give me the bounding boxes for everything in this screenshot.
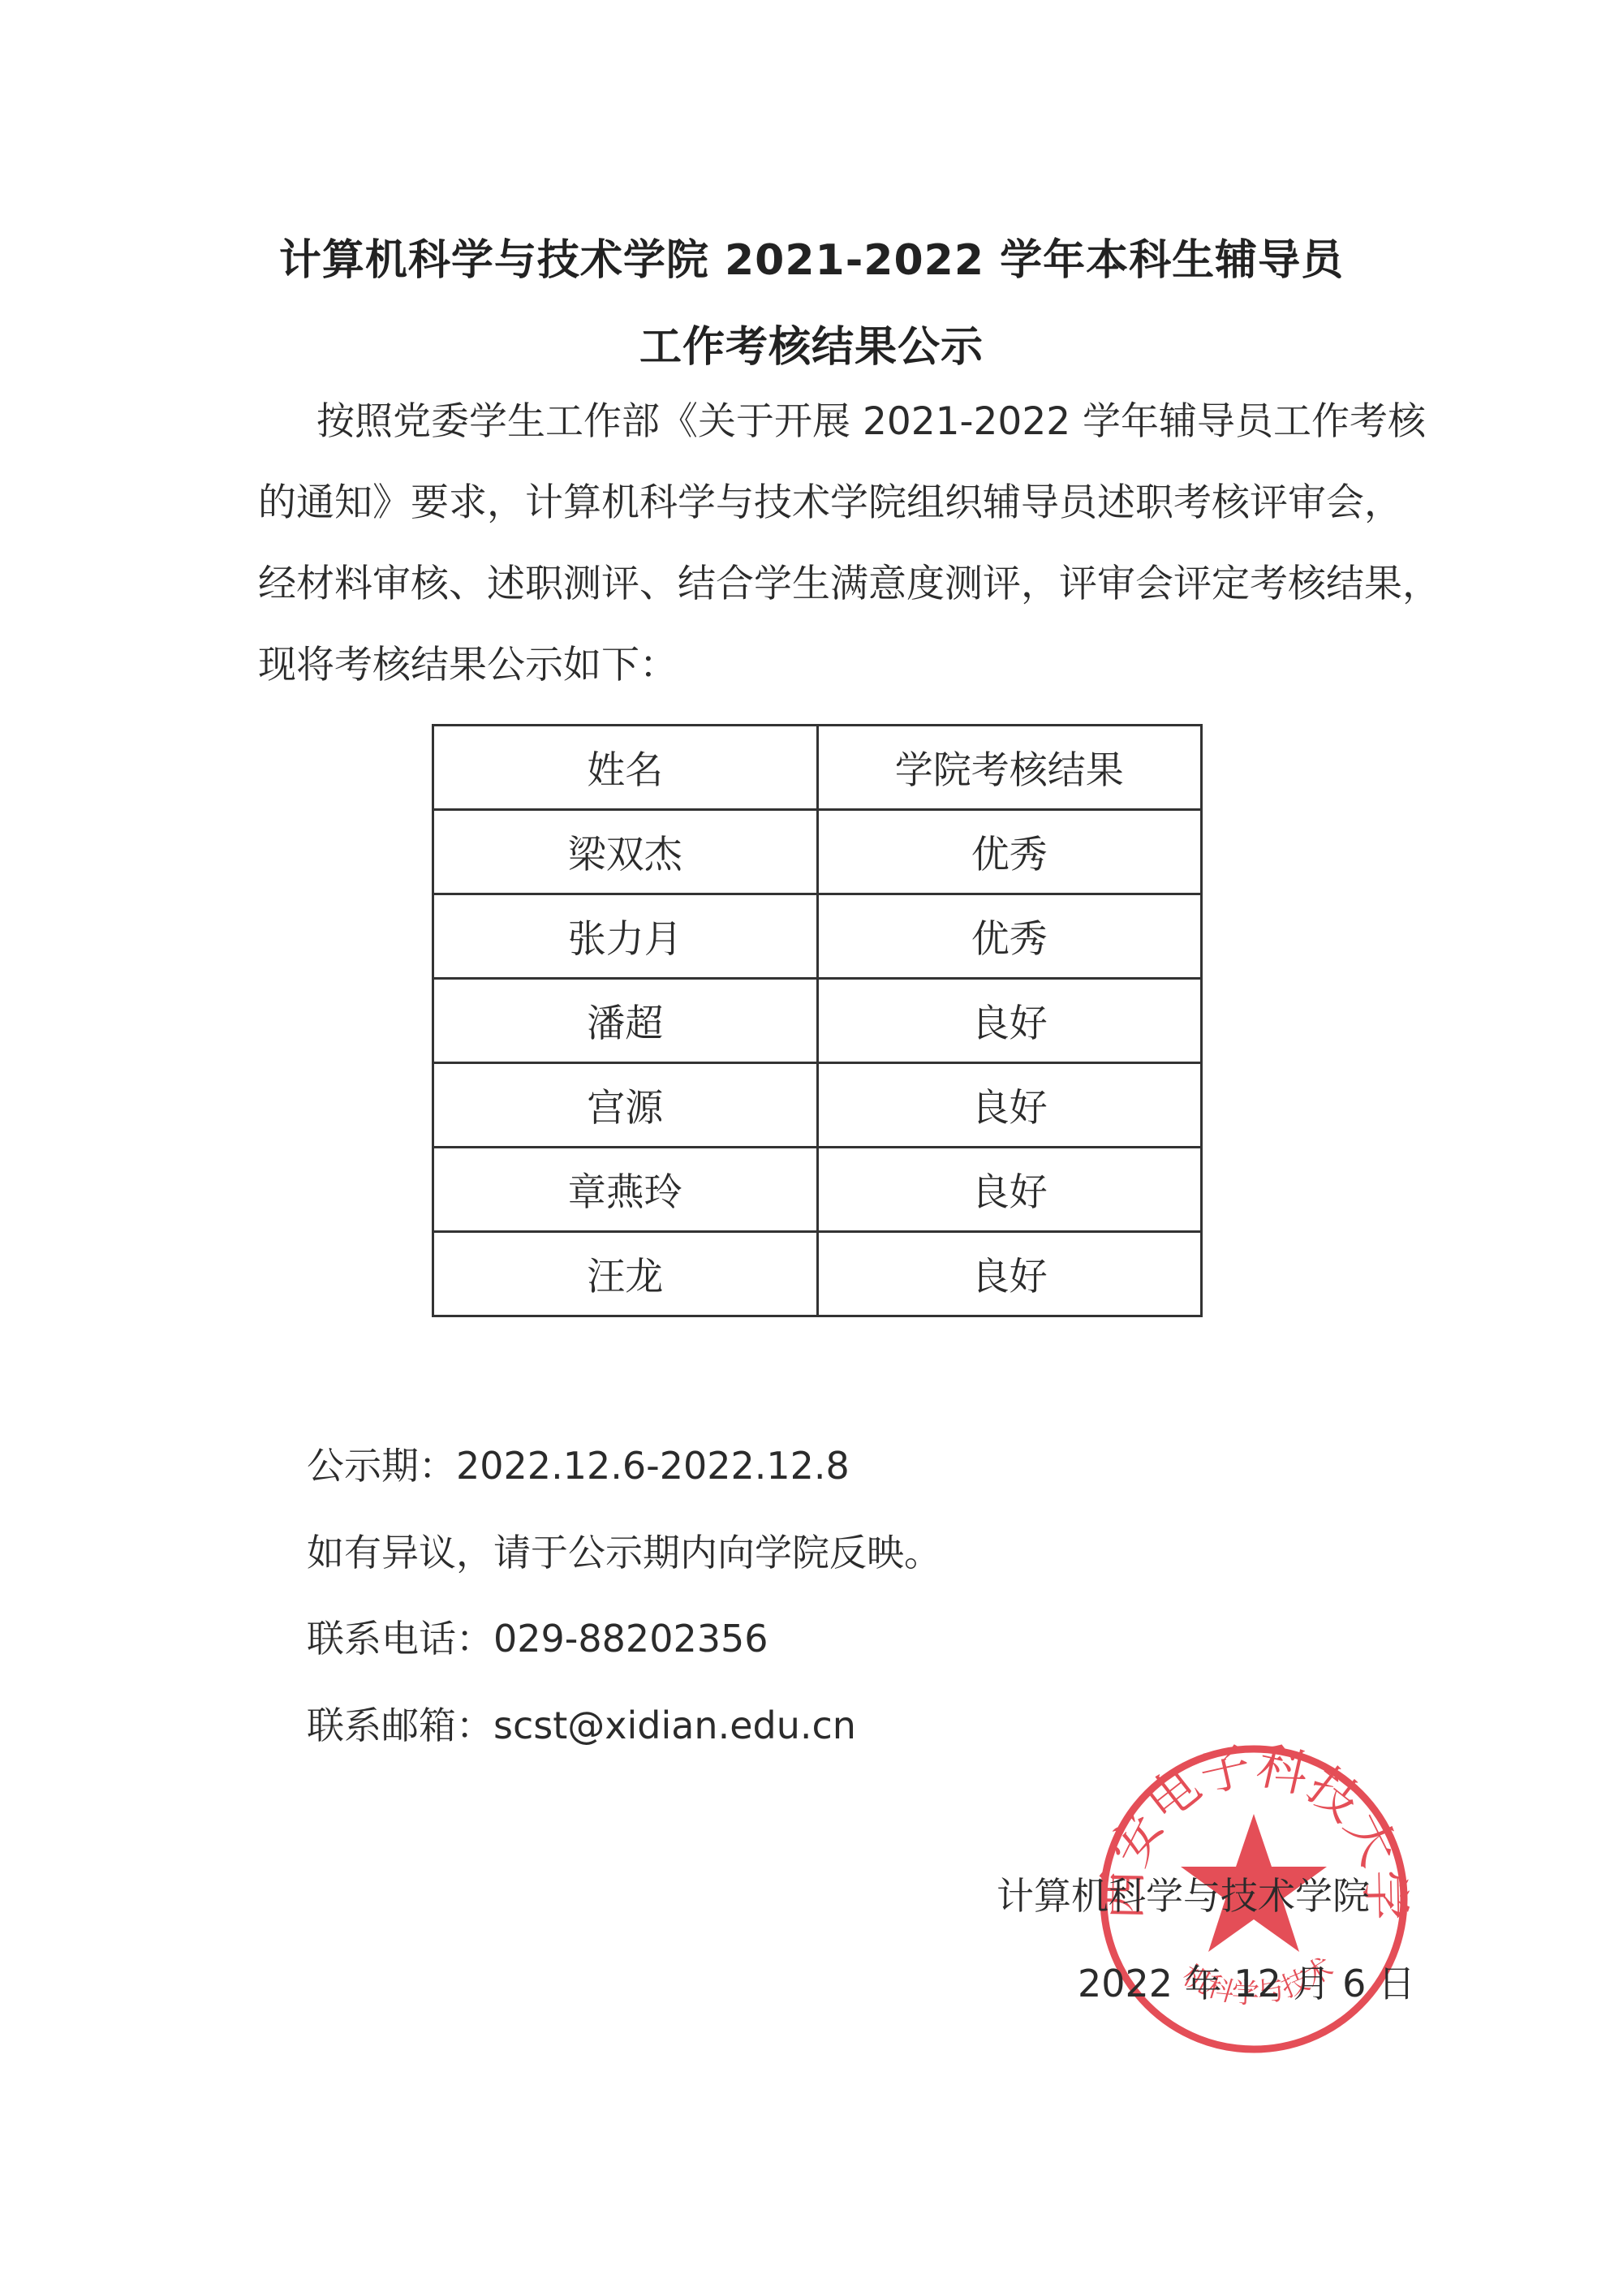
cell-result: 良好 [817, 1232, 1202, 1316]
table-row: 张力月 优秀 [433, 894, 1202, 979]
header-result: 学院考核结果 [817, 726, 1202, 810]
table-row: 宫源 良好 [433, 1063, 1202, 1148]
table-row: 梁双杰 优秀 [433, 810, 1202, 894]
publicity-period: 公示期：2022.12.6-2022.12.8 [307, 1437, 850, 1490]
cell-name: 汪龙 [433, 1232, 818, 1316]
cell-result: 良好 [817, 979, 1202, 1063]
header-name: 姓名 [433, 726, 818, 810]
signature-date: 2022 年 12 月 6 日 [1078, 1954, 1415, 2008]
contact-phone: 联系电话：029-88202356 [307, 1609, 768, 1663]
cell-result: 优秀 [817, 810, 1202, 894]
body-line: 按照党委学生工作部《关于开展 2021-2022 学年辅导员工作考核 [258, 381, 1386, 463]
cell-result: 良好 [817, 1063, 1202, 1148]
cell-name: 潘超 [433, 979, 818, 1063]
results-table: 姓名 学院考核结果 梁双杰 优秀 张力月 优秀 潘超 良好 宫源 良好 章燕玲 … [432, 724, 1203, 1317]
document-title-line-2: 工作考核结果公示 [0, 312, 1623, 373]
table-header-row: 姓名 学院考核结果 [433, 726, 1202, 810]
cell-result: 良好 [817, 1148, 1202, 1232]
table-row: 汪龙 良好 [433, 1232, 1202, 1316]
body-line: 经材料审核、述职测评、结合学生满意度测评，评审会评定考核结果， [258, 544, 1386, 625]
table-row: 潘超 良好 [433, 979, 1202, 1063]
cell-name: 张力月 [433, 894, 818, 979]
body-line: 现将考核结果公示如下： [258, 625, 1386, 706]
body-paragraph: 按照党委学生工作部《关于开展 2021-2022 学年辅导员工作考核 的通知》要… [258, 381, 1386, 706]
cell-name: 梁双杰 [433, 810, 818, 894]
document-title-line-1: 计算机科学与技术学院 2021-2022 学年本科生辅导员 [0, 226, 1623, 286]
cell-name: 章燕玲 [433, 1148, 818, 1232]
cell-result: 优秀 [817, 894, 1202, 979]
table-row: 章燕玲 良好 [433, 1148, 1202, 1232]
signature-org: 计算机科学与技术学院 [997, 1867, 1370, 1920]
contact-email[interactable]: 联系邮箱：scst@xidian.edu.cn [307, 1696, 856, 1750]
cell-name: 宫源 [433, 1063, 818, 1148]
body-line: 的通知》要求，计算机科学与技术学院组织辅导员述职考核评审会， [258, 463, 1386, 544]
objection-note: 如有异议，请于公示期内向学院反映。 [307, 1523, 941, 1577]
